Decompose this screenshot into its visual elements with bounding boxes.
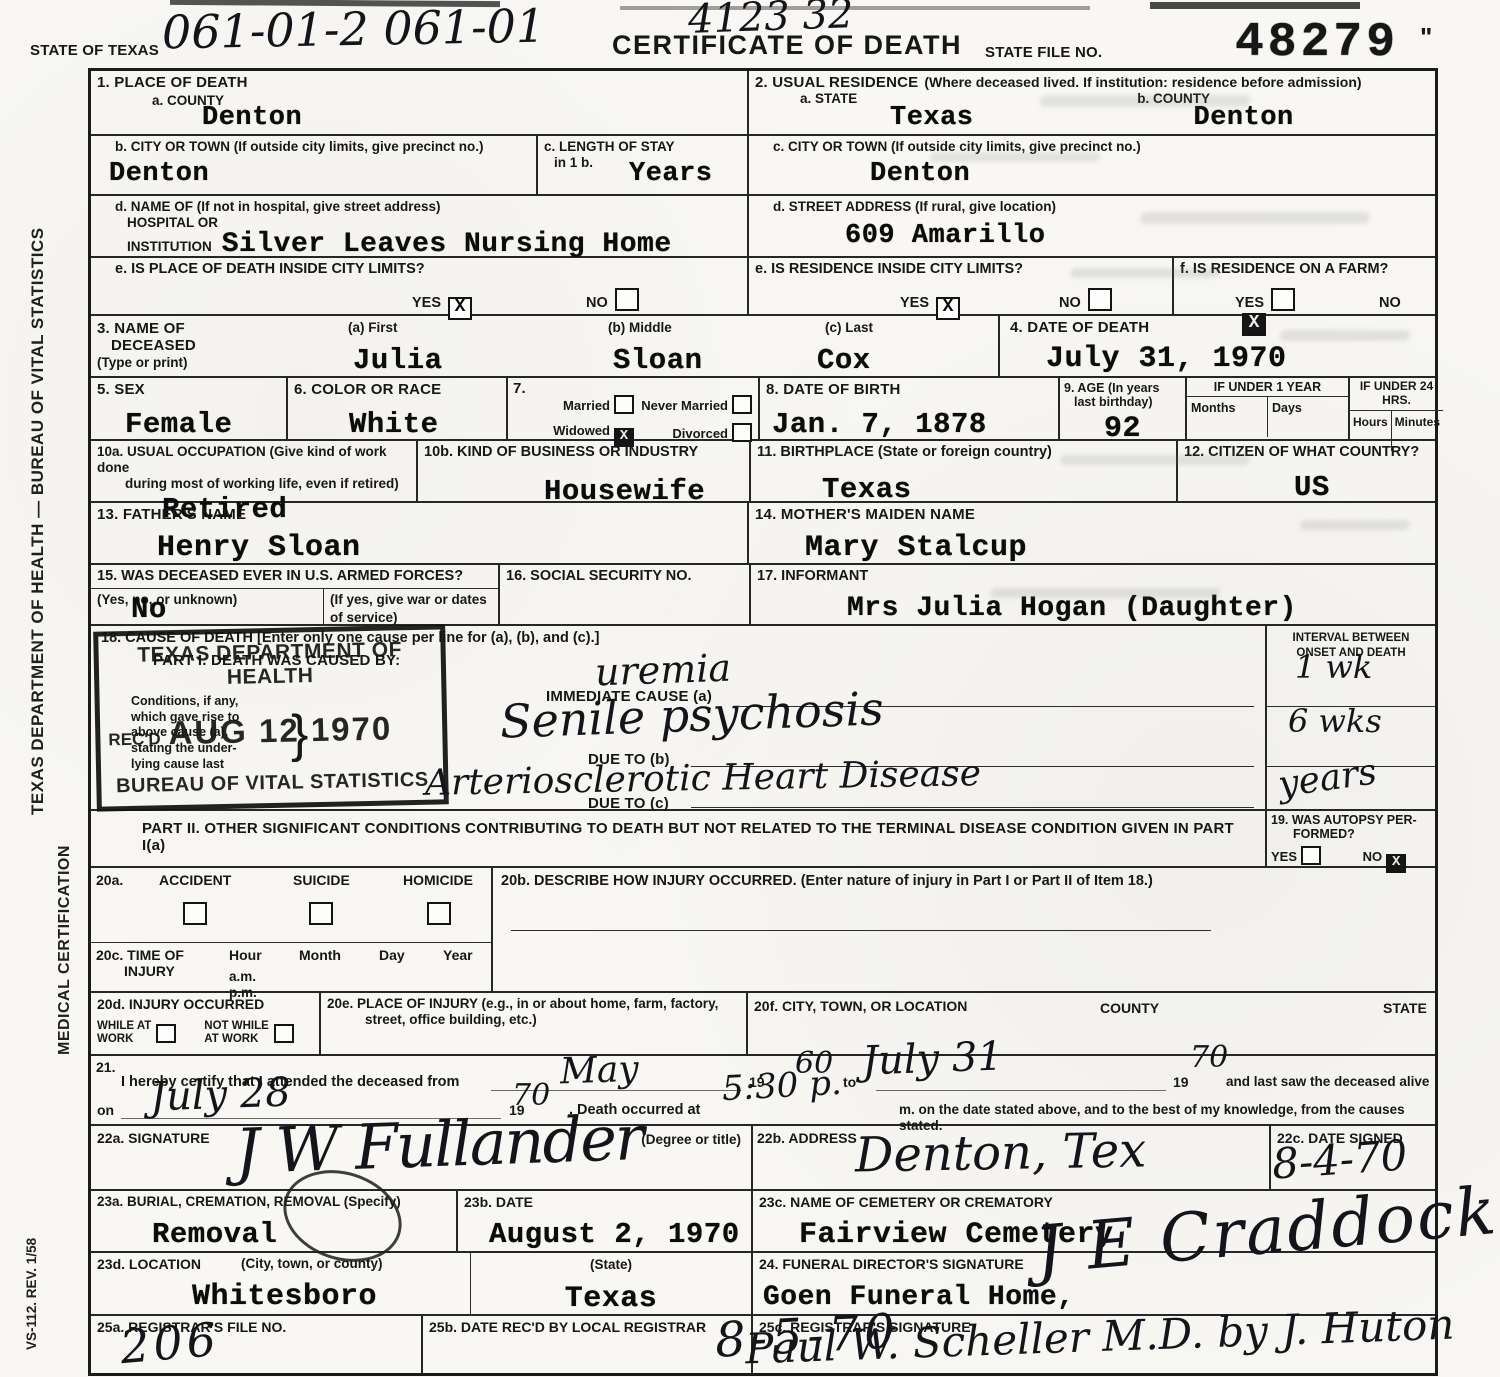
- never-married-checkbox: [732, 395, 752, 414]
- location-sub2: (State): [590, 1257, 632, 1272]
- cause-c-line: [691, 807, 1254, 808]
- state-file-no-label: STATE FILE NO.: [985, 44, 1102, 61]
- state-file-number: 48279: [1235, 16, 1399, 70]
- divorced-label: Divorced: [672, 426, 728, 441]
- hours-label: Hours: [1353, 415, 1388, 429]
- armed-forces-label: 15. WAS DECEASED EVER IN U.S. ARMED FORC…: [91, 565, 498, 589]
- under-24-hrs-header: IF UNDER 24 HRS.: [1350, 378, 1443, 411]
- physician-signature-script: J W Fullander: [234, 1101, 644, 1188]
- hospital-label-1: d. NAME OF (If not in hospital, give str…: [115, 199, 741, 215]
- no-label: NO: [1059, 295, 1081, 311]
- widowed-label: Widowed: [553, 423, 610, 438]
- year-label: Year: [443, 947, 473, 963]
- field-residence-on-farm: f. IS RESIDENCE ON A FARM? YES NOX: [1174, 258, 1435, 314]
- state-label: a. STATE: [800, 91, 857, 107]
- death-city-limits-label: e. IS PLACE OF DEATH INSIDE CITY LIMITS?: [115, 261, 741, 278]
- while-at-work-checkbox: [156, 1024, 176, 1043]
- handwriting-interval-b: 6 wks: [1288, 702, 1382, 740]
- burial-date-value: August 2, 1970: [489, 1218, 745, 1251]
- place-of-injury-label-1: 20e. PLACE OF INJURY (e.g., in or about …: [327, 996, 740, 1012]
- armed-forces-sub1: (Yes, no, or unknown): [97, 592, 237, 607]
- middle-name-value: Sloan: [613, 344, 775, 377]
- field-date-recd-local-registrar: 25b. DATE REC'D BY LOCAL REGISTRAR: [423, 1316, 753, 1373]
- city-town-value: Denton: [870, 159, 1429, 189]
- hospital-label-3: INSTITUTION: [127, 239, 212, 255]
- citizen-value: US: [1294, 471, 1429, 504]
- not-while-at-work-checkbox: [274, 1024, 294, 1043]
- no-label: NO: [586, 295, 608, 311]
- handwriting-attended-to: July 31: [861, 1034, 1003, 1085]
- field-sex: 5. SEX Female: [91, 378, 288, 439]
- bleedthrough-smudge: [1059, 455, 1250, 465]
- street-address-value: 609 Amarillo: [845, 221, 1429, 251]
- death-certificate-scan: TEXAS DEPARTMENT OF HEALTH — BUREAU OF V…: [0, 0, 1500, 1377]
- yes-label: YES: [412, 295, 441, 311]
- informant-label: 17. INFORMANT: [757, 568, 1429, 585]
- handwriting-last-saw-date: July 28: [149, 1070, 291, 1121]
- bleedthrough-smudge: [929, 152, 1100, 162]
- blank-line: [876, 1090, 1166, 1091]
- certify-text-2: and last saw the deceased alive: [1226, 1074, 1429, 1090]
- fathers-name-value: Henry Sloan: [157, 531, 741, 565]
- handwritten-file-codes: 061-01-2 061-01: [162, 0, 546, 59]
- accident-label: ACCIDENT: [159, 872, 231, 888]
- field-burial-date: 23b. DATE August 2, 1970: [458, 1191, 753, 1251]
- field-autopsy: 19. WAS AUTOPSY PER- FORMED? YES NOX: [1267, 811, 1435, 866]
- time-of-injury-label-1: 20c. TIME OF: [96, 947, 184, 963]
- married-checkbox: [614, 395, 634, 414]
- field-length-of-stay: c. LENGTH OF STAY in 1 b. Years: [538, 136, 749, 194]
- field-birthplace: 11. BIRTHPLACE (State or foreign country…: [751, 441, 1178, 501]
- informant-value: Mrs Julia Hogan (Daughter): [847, 593, 1429, 624]
- field-street-address: d. STREET ADDRESS (If rural, give locati…: [749, 196, 1435, 256]
- length-of-stay-value: Years: [629, 159, 741, 189]
- stamp-date: AUG 12 1970: [168, 709, 393, 752]
- field-name-of-deceased: 3. NAME OF DECEASED (Type or print) (a) …: [91, 316, 1000, 376]
- city-town-value: Denton: [109, 159, 530, 189]
- city-town-label: c. CITY OR TOWN (If outside city limits,…: [773, 139, 1429, 155]
- autopsy-yes-checkbox: [1301, 846, 1321, 865]
- no-checkbox: [615, 288, 639, 311]
- bleedthrough-smudge: [1299, 520, 1410, 530]
- occupation-label-2: during most of working life, even if ret…: [125, 476, 410, 492]
- race-label: 6. COLOR OR RACE: [294, 381, 500, 398]
- mothers-maiden-name-value: Mary Stalcup: [805, 531, 1429, 565]
- field-usual-occupation: 10a. USUAL OCCUPATION (Give kind of work…: [91, 441, 418, 501]
- first-name-label: (a) First: [348, 320, 553, 336]
- injury-state-label: STATE: [1383, 1000, 1427, 1016]
- name-of-label-3: (Type or print): [97, 355, 302, 371]
- field-mothers-maiden-name: 14. MOTHER'S MAIDEN NAME Mary Stalcup: [749, 503, 1435, 563]
- bleedthrough-smudge: [1069, 268, 1220, 278]
- last-name-value: Cox: [817, 344, 998, 377]
- date-signed-script: 8-4-70: [1270, 1130, 1408, 1188]
- field-if-under-1-year: IF UNDER 1 YEAR Months Days: [1187, 378, 1350, 439]
- while-at-work-label-2: WORK: [97, 1033, 151, 1046]
- name-of-label-1: 3. NAME OF: [97, 320, 302, 337]
- field-injury-city-county-state: 20f. CITY, TOWN, OR LOCATION COUNTY STAT…: [748, 993, 1435, 1054]
- describe-injury-label: 20b. DESCRIBE HOW INJURY OCCURRED. (Ente…: [501, 873, 1429, 890]
- handwriting-attended-from: May: [559, 1049, 639, 1093]
- no-label: NO: [1379, 295, 1401, 311]
- yes-label: YES: [1235, 295, 1264, 311]
- field-part2-conditions: PART II. OTHER SIGNIFICANT CONDITIONS CO…: [91, 811, 1267, 866]
- registrars-file-no-script: 206: [118, 1312, 222, 1374]
- field-death-inside-city-limits: e. IS PLACE OF DEATH INSIDE CITY LIMITS?…: [91, 258, 749, 314]
- address-label: 22b. ADDRESS: [757, 1130, 857, 1146]
- days-label: Days: [1272, 401, 1302, 415]
- months-label: Months: [1191, 401, 1235, 415]
- bleedthrough-smudge: [1039, 95, 1251, 107]
- time-of-injury-label-2: INJURY: [124, 963, 175, 979]
- hospital-value: Silver Leaves Nursing Home: [222, 229, 672, 260]
- state-of-texas-label: STATE OF TEXAS: [30, 42, 159, 59]
- age-label-1: 9. AGE (In years: [1064, 381, 1181, 395]
- am-label: a.m.: [229, 969, 256, 985]
- stray-tick-mark: ": [1420, 22, 1432, 53]
- field-location-city: 23d. LOCATION (City, town, or county) Wh…: [91, 1253, 471, 1314]
- county-value: Denton: [202, 103, 741, 133]
- field-time-of-injury: 20c. TIME OF INJURY Hour Month Day Year …: [91, 943, 491, 991]
- bleedthrough-smudge: [989, 588, 1220, 598]
- state-value: Texas: [890, 103, 974, 133]
- yes-label: YES: [900, 295, 929, 311]
- minutes-label: Minutes: [1395, 415, 1440, 429]
- injury-writing-line: [511, 930, 1211, 931]
- location-label: 23d. LOCATION: [97, 1256, 201, 1272]
- sex-value: Female: [125, 408, 280, 441]
- stamp-line-2: BUREAU OF VITAL STATISTICS: [107, 769, 437, 799]
- margin-dept-label: TEXAS DEPARTMENT OF HEALTH — BUREAU OF V…: [28, 195, 48, 815]
- usual-residence-paren: (Where deceased lived. If institution: r…: [924, 74, 1361, 90]
- physician-address-script: Denton, Tex: [855, 1122, 1147, 1183]
- day-label: Day: [379, 947, 405, 963]
- name-of-label-2: DECEASED: [111, 337, 302, 354]
- ssn-label: 16. SOCIAL SECURITY NO.: [506, 568, 743, 585]
- field-if-under-24-hrs: IF UNDER 24 HRS. Hours Minutes: [1350, 378, 1443, 439]
- hour-label: Hour: [229, 947, 262, 963]
- city-town-label: b. CITY OR TOWN (If outside city limits,…: [115, 139, 530, 155]
- under-1-year-header: IF UNDER 1 YEAR: [1187, 378, 1348, 397]
- handwriting-interval-a: 1 wk: [1295, 648, 1372, 686]
- divorced-checkbox: [732, 423, 752, 442]
- yes-checkbox: [1271, 288, 1295, 311]
- dob-value: Jan. 7, 1878: [772, 408, 1052, 441]
- field-date-of-birth: 8. DATE OF BIRTH Jan. 7, 1878: [760, 378, 1060, 439]
- armed-forces-value: No: [131, 593, 167, 626]
- signature-label: 22a. SIGNATURE: [97, 1130, 210, 1146]
- armed-forces-sub2: (If yes, give war or dates of service): [330, 592, 487, 625]
- margin-form-number: VS-112. REV. 1/58: [24, 1150, 39, 1350]
- never-married-label: Never Married: [641, 398, 728, 413]
- no-checkbox: [1088, 288, 1112, 311]
- to-label: to: [843, 1074, 856, 1090]
- field-marital-status: 7. Married Never Married WidowedX Divorc…: [508, 378, 760, 439]
- county-value: Denton: [1194, 103, 1294, 133]
- stamp-recd-label: REC'D: [108, 729, 161, 750]
- dob-label: 8. DATE OF BIRTH: [766, 381, 1052, 398]
- printed-19-b: 19: [1173, 1074, 1189, 1090]
- injury-city-label: 20f. CITY, TOWN, OR LOCATION: [754, 998, 967, 1014]
- birthplace-value: Texas: [822, 473, 1170, 506]
- handwritten-top-numbers: 4123 32: [687, 0, 854, 43]
- burial-date-label: 23b. DATE: [464, 1194, 745, 1210]
- interval-header-1: INTERVAL BETWEEN: [1267, 631, 1435, 646]
- usual-residence-title: 2. USUAL RESIDENCE: [755, 74, 918, 91]
- suicide-label: SUICIDE: [293, 872, 350, 888]
- field-fathers-name: 13. FATHER'S NAME Henry Sloan: [91, 503, 749, 563]
- field-hospital-or-institution: d. NAME OF (If not in hospital, give str…: [91, 196, 749, 256]
- bleedthrough-smudge: [1279, 330, 1411, 341]
- field-color-or-race: 6. COLOR OR RACE White: [288, 378, 508, 439]
- injury-county-label: COUNTY: [1100, 1000, 1159, 1016]
- first-name-value: Julia: [353, 344, 553, 377]
- field-place-of-death-county: 1. PLACE OF DEATH a. COUNTY Denton: [91, 71, 749, 134]
- while-at-work-label-1: WHILE AT: [97, 1020, 151, 1033]
- field-social-security-no: 16. SOCIAL SECURITY NO.: [500, 565, 751, 624]
- accident-checkbox: [183, 902, 207, 925]
- on-label: on: [97, 1102, 114, 1118]
- field-city-or-town-residence: c. CITY OR TOWN (If outside city limits,…: [749, 136, 1435, 194]
- stamp-line-1: TEXAS DEPARTMENT OF HEALTH: [104, 638, 435, 693]
- field-kind-of-business: 10b. KIND OF BUSINESS OR INDUSTRY Housew…: [418, 441, 751, 501]
- homicide-checkbox: [427, 902, 451, 925]
- not-while-at-work-label-2: AT WORK: [204, 1033, 269, 1046]
- field-injury-occurred: 20d. INJURY OCCURRED WHILE ATWORK NOT WH…: [91, 993, 321, 1054]
- location-state-value: Texas: [477, 1282, 745, 1316]
- field-city-or-town-death: b. CITY OR TOWN (If outside city limits,…: [91, 136, 538, 194]
- length-of-stay-label: c. LENGTH OF STAY: [544, 139, 741, 155]
- field-location-state: (State) Texas: [471, 1253, 751, 1314]
- autopsy-label-2: FORMED?: [1293, 827, 1431, 841]
- date-of-death-value: July 31, 1970: [1046, 342, 1429, 376]
- injury-occurred-label: 20d. INJURY OCCURRED: [97, 996, 313, 1012]
- married-label: Married: [563, 398, 610, 413]
- margin-medical-certification-label: MEDICAL CERTIFICATION: [56, 795, 74, 1055]
- item-21-number: 21.: [96, 1059, 115, 1075]
- handwriting-death-time: 5:30 p.: [721, 1063, 843, 1109]
- age-label-2: last birthday): [1074, 395, 1181, 409]
- race-value: White: [349, 408, 500, 441]
- bleedthrough-smudge: [1139, 212, 1371, 224]
- sex-label: 5. SEX: [97, 381, 280, 398]
- part2-text: PART II. OTHER SIGNIFICANT CONDITIONS CO…: [142, 820, 1259, 855]
- middle-name-label: (b) Middle: [608, 320, 775, 336]
- homicide-label: HOMICIDE: [403, 872, 473, 888]
- no-label: NO: [1363, 849, 1383, 864]
- field-describe-injury: 20b. DESCRIBE HOW INJURY OCCURRED. (Ente…: [493, 868, 1435, 991]
- degree-or-title-label: (Degree or title): [641, 1132, 741, 1148]
- accident-row-label: 20a.: [96, 872, 123, 888]
- month-label: Month: [299, 947, 341, 963]
- field-residence-inside-city-limits: e. IS RESIDENCE INSIDE CITY LIMITS? YESX…: [749, 258, 1174, 314]
- marital-label: 7.: [513, 380, 526, 397]
- occupation-label-1: 10a. USUAL OCCUPATION (Give kind of work…: [97, 444, 410, 476]
- date-recd-label: 25b. DATE REC'D BY LOCAL REGISTRAR: [429, 1319, 745, 1335]
- handwriting-year-70a: 70: [1190, 1040, 1228, 1075]
- field-armed-forces: 15. WAS DECEASED EVER IN U.S. ARMED FORC…: [91, 565, 500, 624]
- not-while-at-work-label-1: NOT WHILE: [204, 1020, 269, 1033]
- received-stamp: TEXAS DEPARTMENT OF HEALTH REC'D AUG 12 …: [93, 624, 449, 811]
- location-city-value: Whitesboro: [192, 1280, 464, 1314]
- fathers-name-label: 13. FATHER'S NAME: [97, 506, 741, 523]
- field-citizen-of: 12. CITIZEN OF WHAT COUNTRY? US: [1178, 441, 1435, 501]
- place-of-injury-label-2: street, office building, etc.): [365, 1012, 740, 1028]
- while-at-work-group: WHILE ATWORK: [97, 1020, 176, 1046]
- business-label: 10b. KIND OF BUSINESS OR INDUSTRY: [424, 444, 743, 461]
- not-while-at-work-group: NOT WHILEAT WORK: [204, 1020, 294, 1046]
- autopsy-label-1: 19. WAS AUTOPSY PER-: [1271, 813, 1431, 827]
- yes-label: YES: [1271, 849, 1297, 864]
- place-of-death-title: 1. PLACE OF DEATH: [97, 74, 741, 91]
- field-place-of-injury: 20e. PLACE OF INJURY (e.g., in or about …: [321, 993, 748, 1054]
- field-burial-cremation-removal: 23a. BURIAL, CREMATION, REMOVAL (Specify…: [91, 1191, 458, 1251]
- field-date-of-death: 4. DATE OF DEATH July 31, 1970: [1000, 316, 1435, 376]
- field-age: 9. AGE (In years last birthday) 92: [1060, 378, 1187, 439]
- scan-edge-mark: [1150, 2, 1360, 9]
- last-name-label: (c) Last: [825, 320, 998, 336]
- suicide-checkbox: [309, 902, 333, 925]
